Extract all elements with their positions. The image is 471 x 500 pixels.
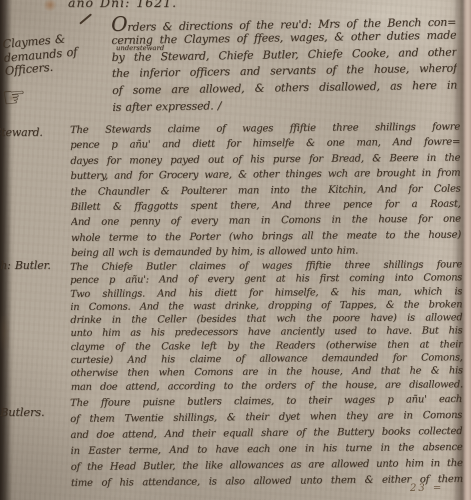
margin-note-claymes: Claymes & demaunds of Officers. [2, 32, 79, 79]
paragraph-steward-claims: The Stewards claime of wages ffiftie thr… [70, 120, 461, 262]
manuscript-page: año Dñi: 1621. Claymes & demaunds of Off… [0, 0, 471, 500]
manuscript-line: time of his attendance, is also allowed … [71, 472, 463, 492]
manicule-icon: ☞ [1, 81, 28, 114]
paragraph-chief-butler-claims: The Chiefe Butler claimes of wages ffift… [70, 258, 463, 394]
ink-stain [0, 316, 9, 350]
margin-label-chief-butler: Ch: Butler. [0, 259, 51, 272]
paragraph-puisne-butlers-claims: The ffoure puisne butlers claimes, to th… [70, 392, 463, 492]
paragraph-orders-preamble: Orders & directions of the reu'd: Mrs of… [111, 11, 458, 117]
page-number: 23 = [410, 483, 443, 494]
margin-label-steward: Steward. [0, 126, 43, 139]
margin-label-butlers: Butlers. [0, 405, 44, 419]
date-line: año Dñi: 1621. [68, 0, 177, 10]
pen-stroke-mark [79, 13, 92, 24]
interlinear-insertion: understeward [116, 44, 164, 52]
